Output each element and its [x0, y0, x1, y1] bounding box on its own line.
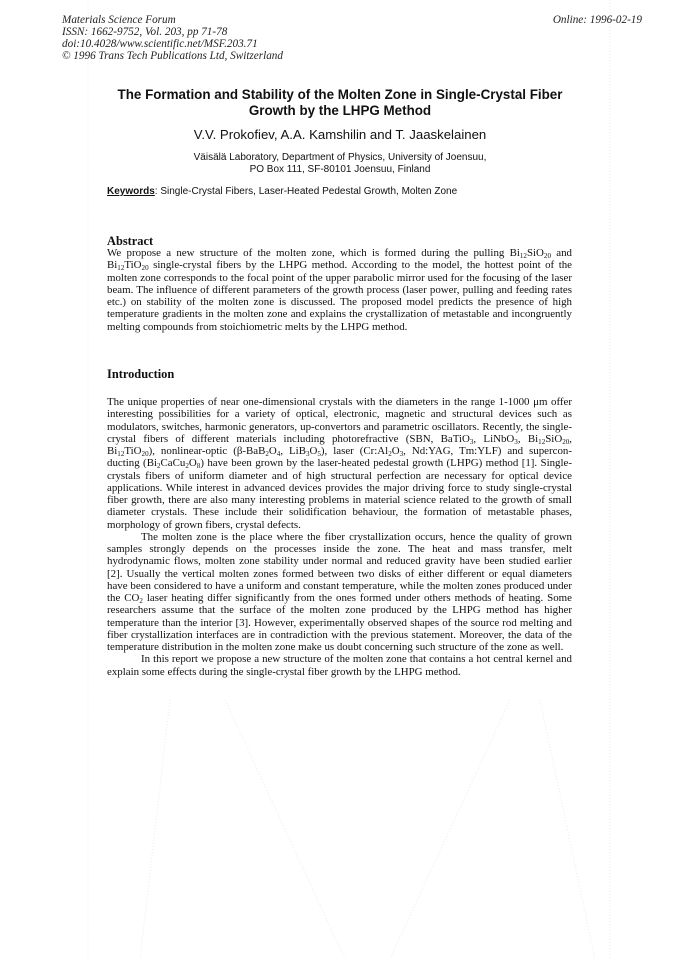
paragraph-text: TiO	[124, 445, 141, 457]
keywords-value: Single-Crystal Fibers, Laser-Heated Pede…	[158, 186, 458, 197]
affiliation-line-1: Väisälä Laboratory, Department of Physic…	[100, 152, 580, 164]
paragraph-text: O	[269, 445, 277, 457]
paragraph-text: SiO	[545, 433, 562, 445]
intro-paragraph-2: The molten zone is the place where the f…	[107, 531, 572, 654]
abstract-text: single-crystal fibers by the LHPG method…	[107, 259, 572, 332]
intro-paragraph-3: In this report we propose a new structur…	[107, 653, 572, 678]
abstract-text: We propose a new structure of the molten…	[107, 247, 520, 259]
paragraph-text: ), nonlinear-optic (β-BaB	[149, 445, 266, 457]
journal-name: Materials Science Forum	[62, 14, 283, 26]
doi-link[interactable]: doi:10.4028/www.scientific.net/MSF.203.7…	[62, 38, 283, 50]
issn-volume-pages: ISSN: 1662-9752, Vol. 203, pp 71-78	[62, 26, 283, 38]
title-line-2: Growth by the LHPG Method	[100, 103, 580, 119]
affiliation: Väisälä Laboratory, Department of Physic…	[100, 152, 580, 175]
abstract-text: TiO	[124, 259, 141, 271]
paragraph-text: ), laser (Cr:Al	[321, 445, 388, 457]
introduction-heading: Introduction	[107, 367, 174, 382]
paragraph-text: , LiB	[280, 445, 306, 457]
abstract-body: We propose a new structure of the molten…	[107, 247, 572, 333]
paragraph-text: , LiNbO	[473, 433, 514, 445]
publication-metadata: Materials Science Forum ISSN: 1662-9752,…	[62, 14, 283, 62]
copyright-notice: © 1996 Trans Tech Publications Ltd, Swit…	[62, 50, 283, 62]
paragraph-text: , Bi	[518, 433, 538, 445]
introduction-body: The unique properties of near one-dimens…	[107, 396, 572, 678]
abstract-text: SiO	[527, 247, 544, 259]
paragraph-text: O	[189, 457, 197, 469]
intro-paragraph-1: The unique properties of near one-dimens…	[107, 396, 572, 531]
affiliation-line-2: PO Box 111, SF-80101 Joensuu, Finland	[100, 164, 580, 176]
paragraph-text: CaCu	[161, 457, 186, 469]
paper-title: The Formation and Stability of the Molte…	[100, 87, 580, 119]
title-line-1: The Formation and Stability of the Molte…	[100, 87, 580, 103]
paragraph-text: O	[392, 445, 400, 457]
paragraph-text: laser heating differ significantly from …	[107, 592, 572, 653]
author-list: V.V. Prokofiev, A.A. Kamshilin and T. Ja…	[100, 127, 580, 143]
keywords-label: Keywords	[107, 186, 155, 197]
online-date: Online: 1996-02-19	[553, 14, 642, 26]
keywords: Keywords: Single-Crystal Fibers, Laser-H…	[107, 186, 457, 198]
